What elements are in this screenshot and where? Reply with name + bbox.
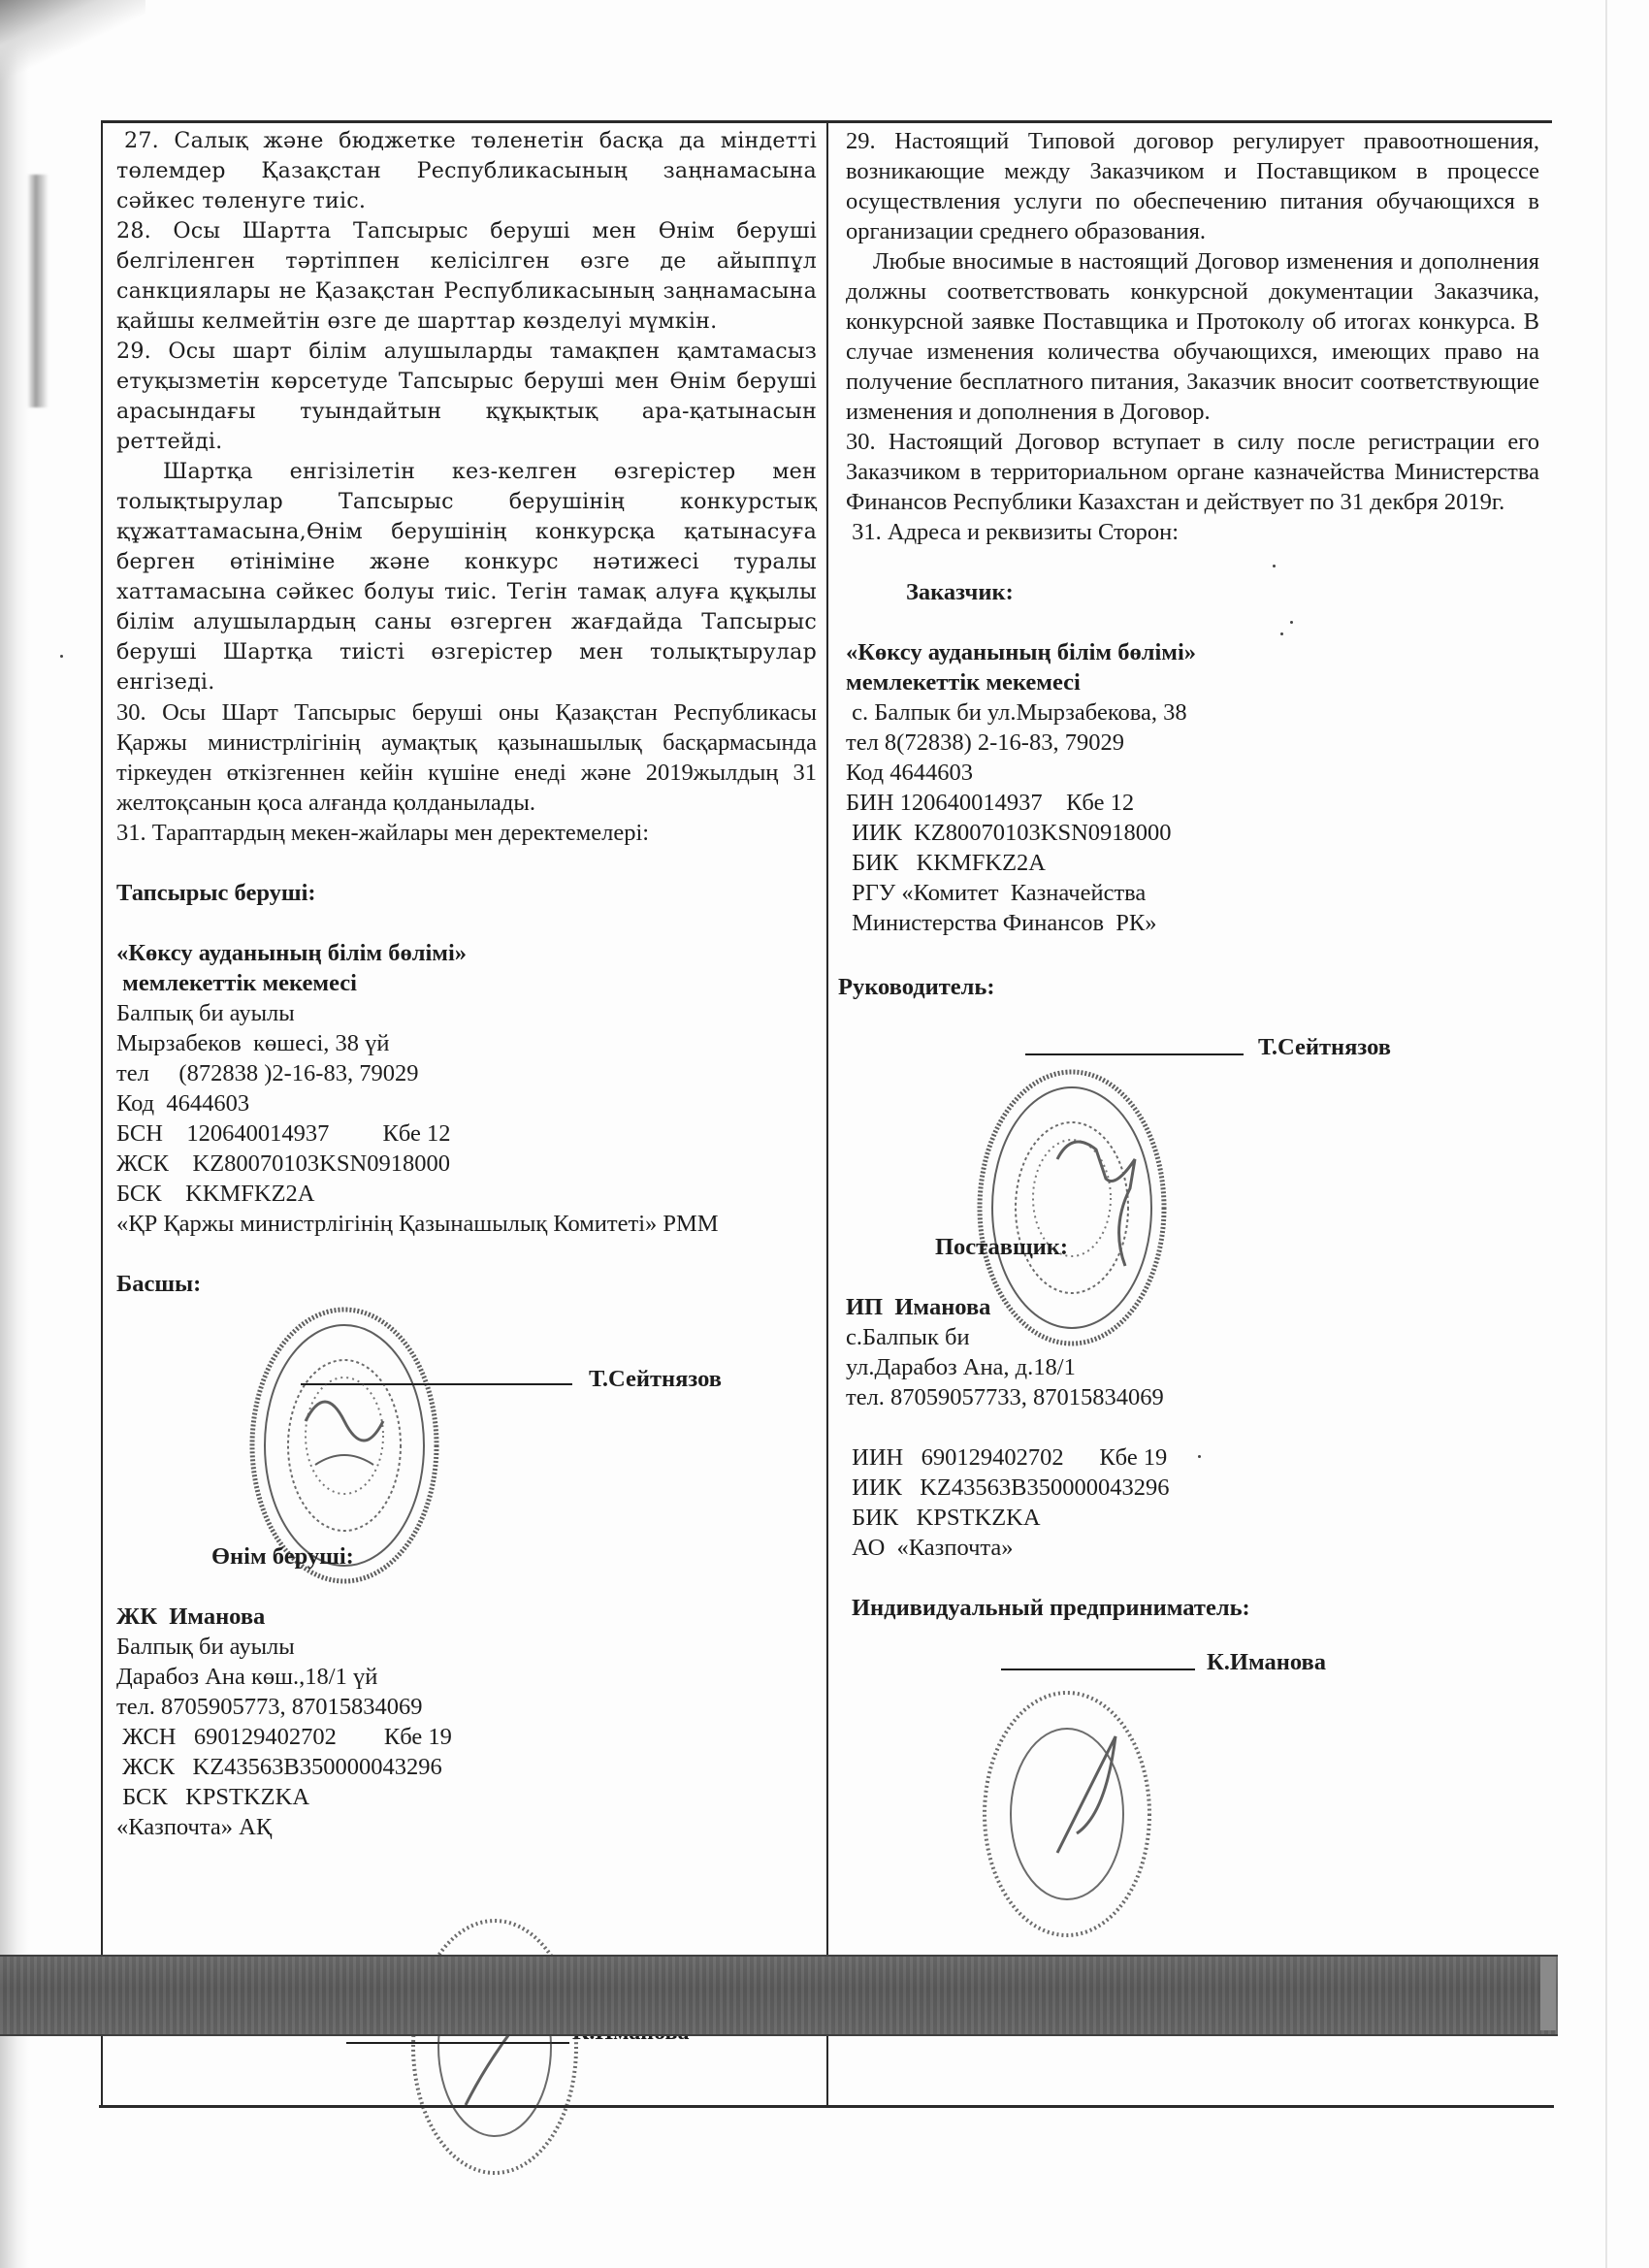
customer-heading-ru: Заказчик: — [846, 577, 1539, 607]
customer-phone-kk: тел (872838 )2-16-83, 79029 — [116, 1058, 817, 1088]
supplier-bik-ru: БИК KPSTKZKA — [846, 1503, 1539, 1533]
redaction-band — [0, 1955, 1558, 2036]
supplier-iik-kk: ЖСК KZ43563B350000043296 — [116, 1752, 817, 1782]
supplier-village-kk: Балпық би ауылы — [116, 1632, 817, 1662]
customer-bik-kk: БСК KKMFKZ2A — [116, 1179, 817, 1209]
supplier-village-ru: с.Балпык би — [846, 1322, 1539, 1352]
supplier-signature-block-ru: Индивидуальный предприниматель: К.Иманов… — [846, 1593, 1539, 1690]
clause-31-ru: 31. Адреса и реквизиты Сторон: — [846, 517, 1539, 547]
clause-30-ru: 30. Настоящий Договор вступает в силу по… — [846, 427, 1539, 517]
head-label-kk: Басшы: — [116, 1269, 201, 1299]
customer-org-type-kk: мемлекеттік мекемесі — [116, 968, 817, 998]
signatory-name: Т.Сейтнязов — [1258, 1032, 1391, 1062]
signature-line — [1025, 1053, 1244, 1055]
customer-iik-ru: ИИК KZ80070103KSN0918000 — [846, 818, 1539, 848]
clause-31-kk: 31. Тараптардың мекен-жайлары мен дерект… — [116, 818, 817, 848]
scan-speck — [60, 655, 63, 658]
customer-bank-kk: «ҚР Қаржы министрлігінің Қазынашылық Ком… — [116, 1209, 817, 1239]
page-edge-line — [1605, 0, 1607, 2268]
supplier-name-kk: ЖК Иманова — [116, 1602, 817, 1632]
scan-speck — [1290, 621, 1293, 624]
scan-corner-shadow — [0, 0, 145, 116]
director-label-ru: Руководитель: — [838, 972, 995, 1002]
customer-street-kk: Мырзабеков көшесі, 38 үй — [116, 1028, 817, 1058]
supplier-heading-ru: Поставщик: — [846, 1232, 1539, 1262]
scan-speck — [1198, 1455, 1201, 1458]
clause-28-kk: 28. Осы Шартта Тапсырыс беруші мен Өнім … — [116, 216, 817, 337]
supplier-iin-ru: ИИН 690129402702 Кбе 19 — [846, 1442, 1539, 1473]
scan-speck — [1273, 565, 1276, 567]
customer-bin-ru: БИН 120640014937 Кбе 12 — [846, 788, 1539, 818]
supplier-phone-ru: тел. 87059057733, 87015834069 — [846, 1382, 1539, 1412]
customer-iik-kk: ЖСК KZ80070103KSN0918000 — [116, 1149, 817, 1179]
customer-heading-kk: Тапсырыс беруші: — [116, 878, 817, 908]
supplier-bank-kk: «Казпочта» АҚ — [116, 1812, 817, 1842]
customer-bank-line2-ru: Министерства Финансов РК» — [846, 908, 1539, 938]
redaction-band-edge — [1540, 1957, 1556, 2030]
supplier-phone-kk: тел. 8705905773, 87015834069 — [116, 1692, 817, 1722]
kazakh-column: 27. Салық және бюджетке төленетін басқа … — [116, 126, 817, 1842]
russian-column: 29. Настоящий Типовой договор регулирует… — [846, 126, 1539, 1690]
customer-signature-block-kk: Басшы: Т.Сейтнязов — [116, 1269, 817, 1511]
customer-org-type-ru: мемлекеттік мекемесі — [846, 667, 1539, 697]
table-left-border — [101, 120, 103, 2107]
supplier-signature-line-kk — [346, 2042, 569, 2044]
supplier-heading-kk: Өнім беруші: — [116, 1541, 817, 1571]
customer-signature-block-ru: Руководитель: Т.Сейтнязов — [846, 968, 1539, 1232]
clause-30-kk: 30. Осы Шарт Тапсырыс беруші оны Қазақст… — [116, 697, 817, 818]
table-column-divider — [826, 120, 828, 2107]
signature-line — [301, 1383, 572, 1385]
customer-bik-ru: БИК KKMFKZ2A — [846, 848, 1539, 878]
entrepreneur-label-ru: Индивидуальный предприниматель: — [852, 1593, 1250, 1623]
scan-speck — [1280, 632, 1283, 635]
customer-phone-ru: тел 8(72838) 2-16-83, 79029 — [846, 728, 1539, 758]
customer-code-kk: Код 4644603 — [116, 1088, 817, 1118]
signature-line — [1001, 1669, 1195, 1670]
customer-address-ru: с. Балпык би ул.Мырзабекова, 38 — [846, 697, 1539, 728]
customer-org-name-kk: «Көксу ауданының білім бөлімі» — [116, 938, 817, 968]
supplier-bank-ru: АО «Казпочта» — [846, 1533, 1539, 1563]
signatory-name: Т.Сейтнязов — [589, 1364, 722, 1394]
supplier-iik-ru: ИИК KZ43563B350000043296 — [846, 1473, 1539, 1503]
supplier-street-kk: Дарабоз Ана көш.,18/1 үй — [116, 1662, 817, 1692]
signatory-name: К.Иманова — [1207, 1647, 1326, 1677]
customer-org-name-ru: «Көксу ауданының білім бөлімі» — [846, 637, 1539, 667]
customer-code-ru: Код 4644603 — [846, 758, 1539, 788]
scan-edge-shadow — [0, 0, 29, 2268]
customer-village-kk: Балпық би ауылы — [116, 998, 817, 1028]
table-bottom-border — [99, 2105, 1554, 2108]
customer-bank-line1-ru: РГУ «Комитет Казначейства — [846, 878, 1539, 908]
supplier-street-ru: ул.Дарабоз Ана, д.18/1 — [846, 1352, 1539, 1382]
scan-fold-mark — [27, 175, 48, 407]
supplier-name-ru: ИП Иманова — [846, 1292, 1539, 1322]
clause-27-kk: 27. Салық және бюджетке төленетін басқа … — [116, 126, 817, 216]
clause-29-kk: 29. Осы шарт білім алушыларды тамақпен қ… — [116, 337, 817, 457]
clause-29b-ru: Любые вносимые в настоящий Договор измен… — [846, 246, 1539, 427]
supplier-iin-kk: ЖСН 690129402702 Кбе 19 — [116, 1722, 817, 1752]
customer-bin-kk: БСН 120640014937 Кбе 12 — [116, 1118, 817, 1149]
clause-29b-kk: Шартқа енгізілетін кез-келген өзгерістер… — [116, 457, 817, 697]
supplier-bik-kk: БСК KPSTKZKA — [116, 1782, 817, 1812]
clause-29-ru: 29. Настоящий Типовой договор регулирует… — [846, 126, 1539, 246]
kazakh-clauses: 27. Салық және бюджетке төленетін басқа … — [116, 126, 817, 697]
